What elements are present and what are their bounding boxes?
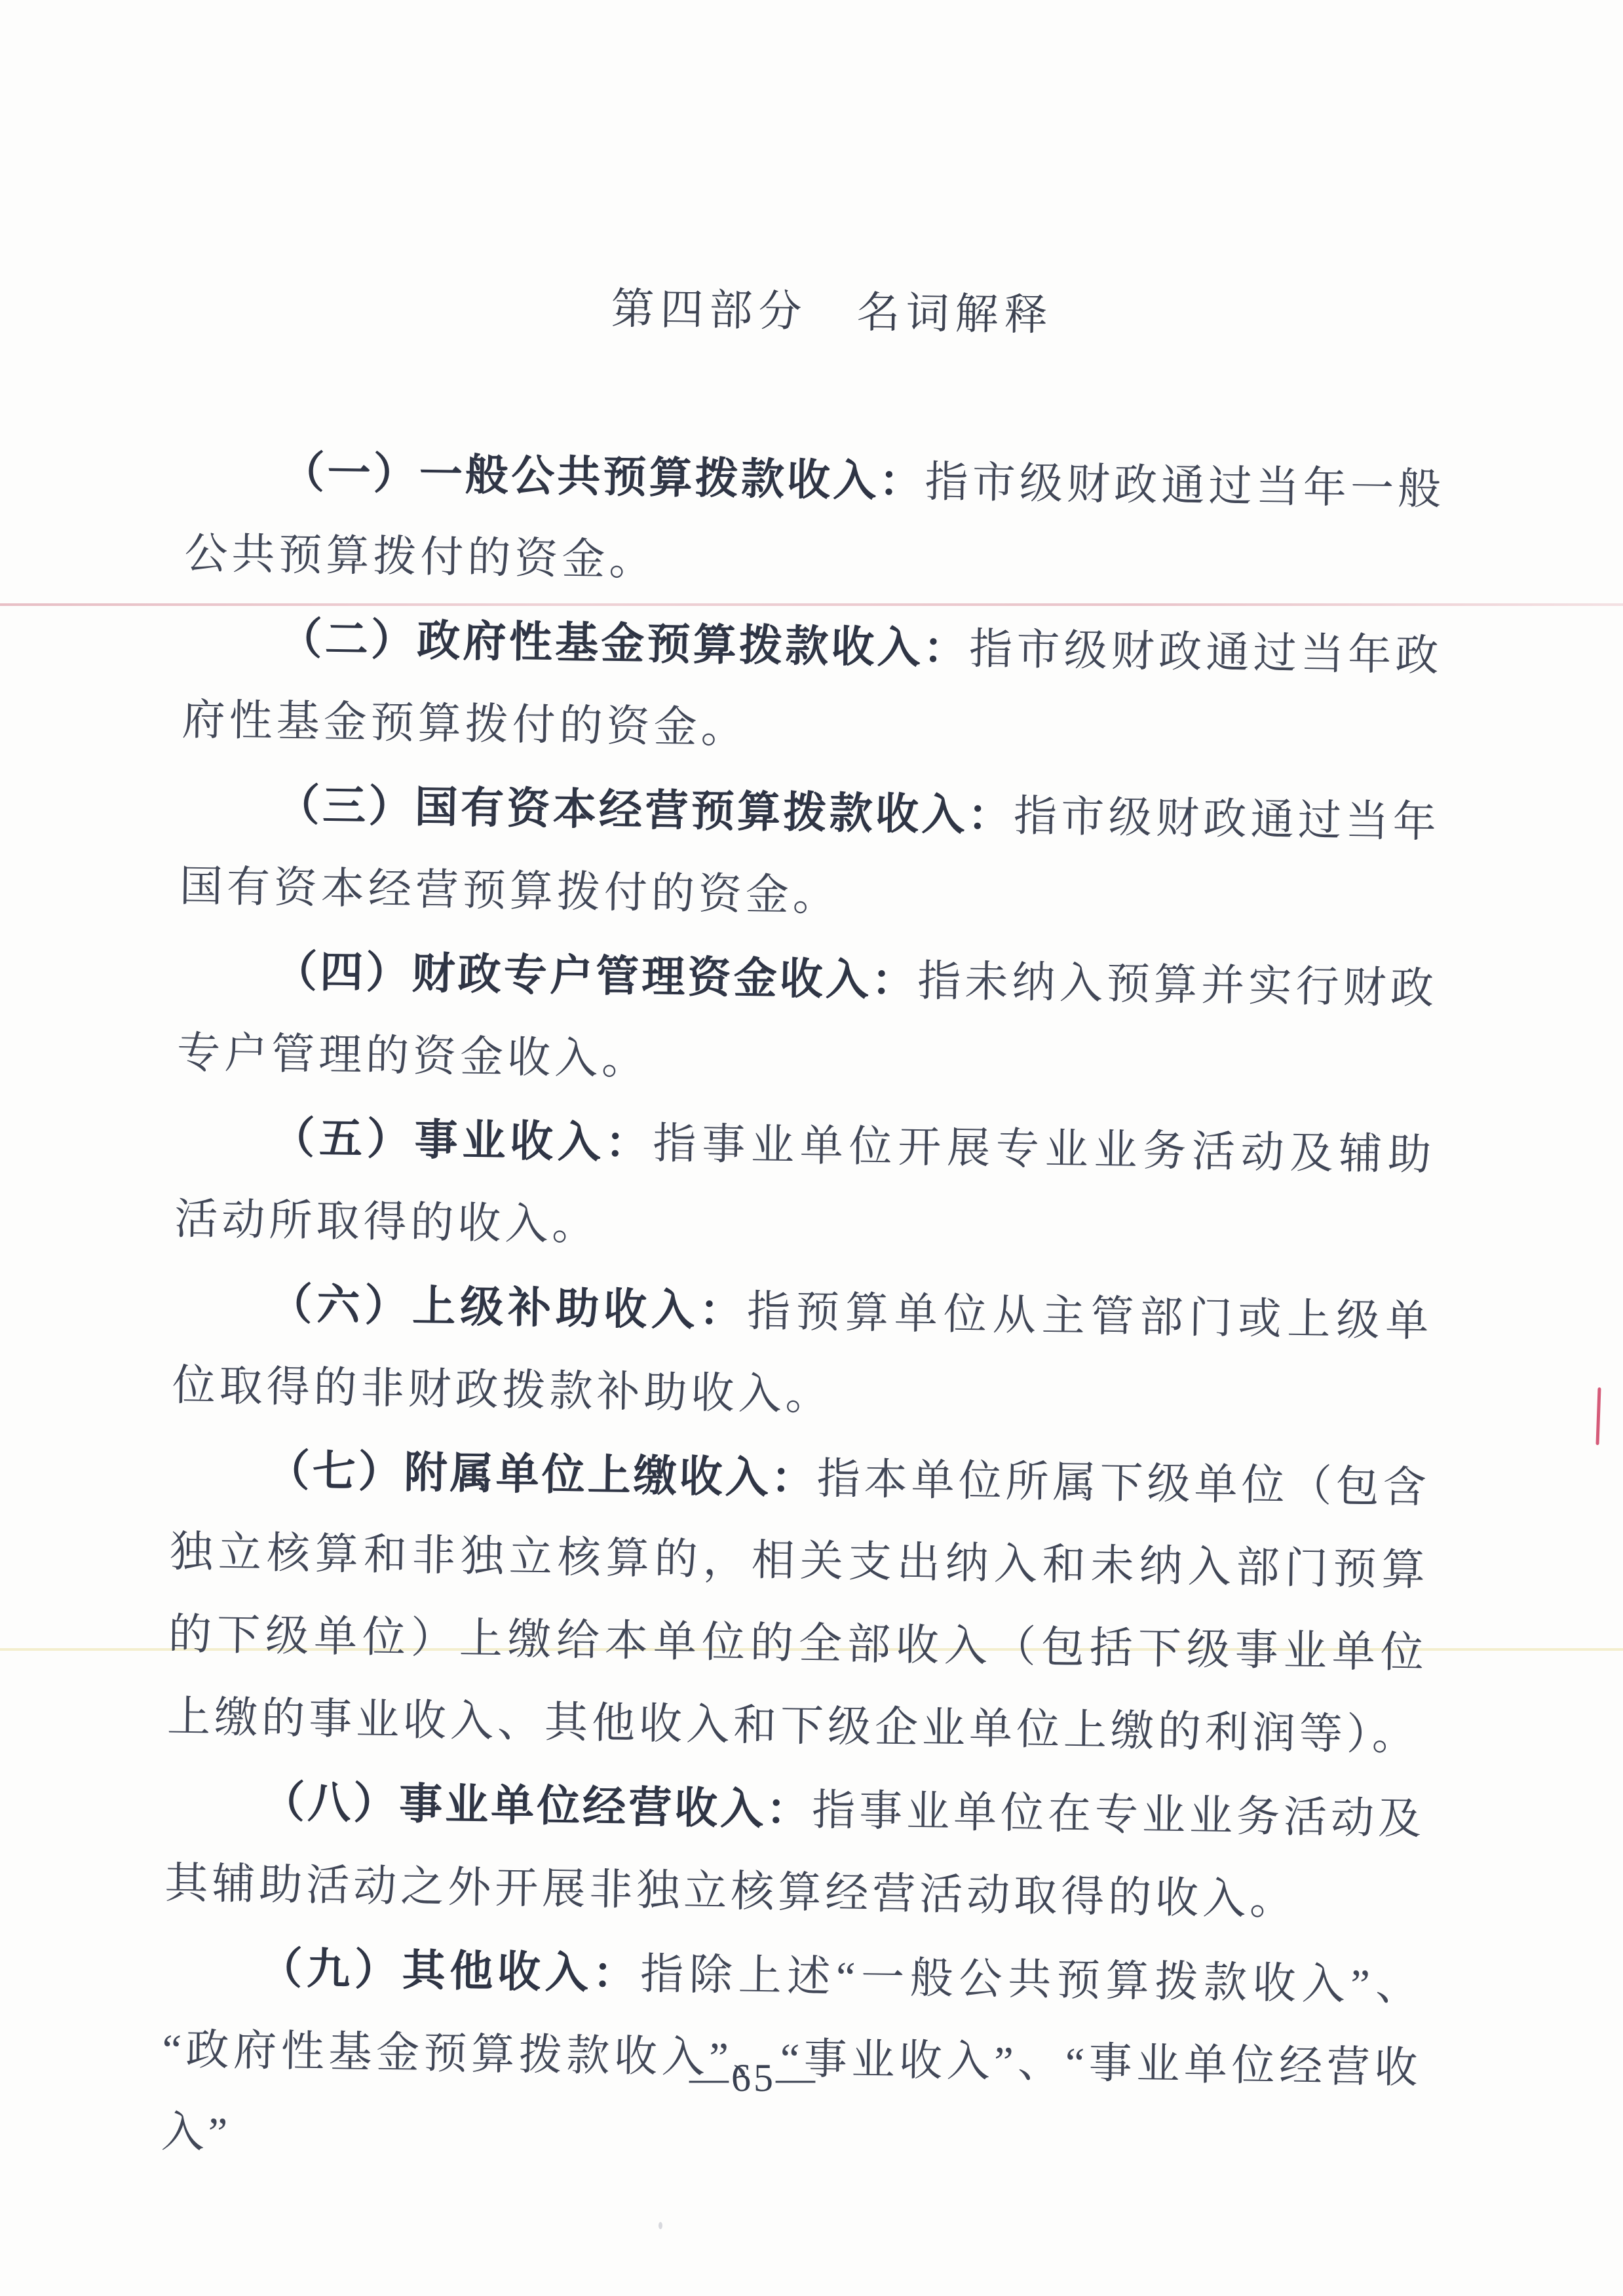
- definition-term: （二）政府性基金预算拨款收入：: [278, 614, 970, 673]
- definition-term: （一）一般公共预算拨款收入：: [281, 447, 925, 506]
- definition-item: （二）政府性基金预算拨款收入：指市级财政通过当年政府性基金预算拨付的资金。: [181, 595, 1443, 780]
- definition-item: （八）事业单位经营收入：指事业单位在专业业务活动及其辅助活动之外开展非独立核算经…: [164, 1759, 1426, 1944]
- document-page: 第四部分 名词解释 （一）一般公共预算拨款收入：指市级财政通过当年一般公共预算拨…: [0, 0, 1623, 2296]
- definition-item: （四）财政专户管理资金收入：指未纳入预算并实行财政专户管理的资金收入。: [176, 928, 1438, 1113]
- definition-term: （九）其他收入：: [259, 1944, 641, 1998]
- definition-item: （三）国有资本经营预算拨款收入：指市级财政通过当年国有资本经营预算拨付的资金。: [179, 762, 1441, 947]
- definition-term: （四）财政专户管理资金收入：: [274, 947, 918, 1005]
- definition-term: （七）附属单位上缴收入：: [266, 1446, 817, 1502]
- definition-term: （三）国有资本经营预算拨款收入：: [276, 780, 1014, 840]
- definition-item: （六）上级补助收入：指预算单位从主管部门或上级单位取得的非财政拨款补助收入。: [172, 1261, 1434, 1446]
- definition-item: （五）事业收入：指事业单位开展专业业务活动及辅助活动所取得的收入。: [174, 1095, 1436, 1279]
- scan-artifact-red-mark: [1595, 1387, 1601, 1445]
- section-title: 第四部分 名词解释: [217, 268, 1448, 348]
- scan-artifact-speck: [659, 2222, 662, 2229]
- document-content: 第四部分 名词解释 （一）一般公共预算拨款收入：指市级财政通过当年一般公共预算拨…: [161, 267, 1448, 2192]
- definition-item: （七）附属单位上缴收入：指本单位所属下级单位（包含独立核算和非独立核算的，相关支…: [166, 1427, 1430, 1777]
- definition-list: （一）一般公共预算拨款收入：指市级财政通过当年一般公共预算拨付的资金。（二）政府…: [161, 429, 1445, 2192]
- definition-term: （六）上级补助收入：: [269, 1279, 748, 1335]
- page-number: —65—: [689, 2056, 818, 2101]
- definition-term: （五）事业收入：: [271, 1113, 653, 1167]
- definition-term: （八）事业单位经营收入：: [261, 1777, 812, 1834]
- definition-item: （一）一般公共预算拨款收入：指市级财政通过当年一般公共预算拨付的资金。: [184, 429, 1446, 614]
